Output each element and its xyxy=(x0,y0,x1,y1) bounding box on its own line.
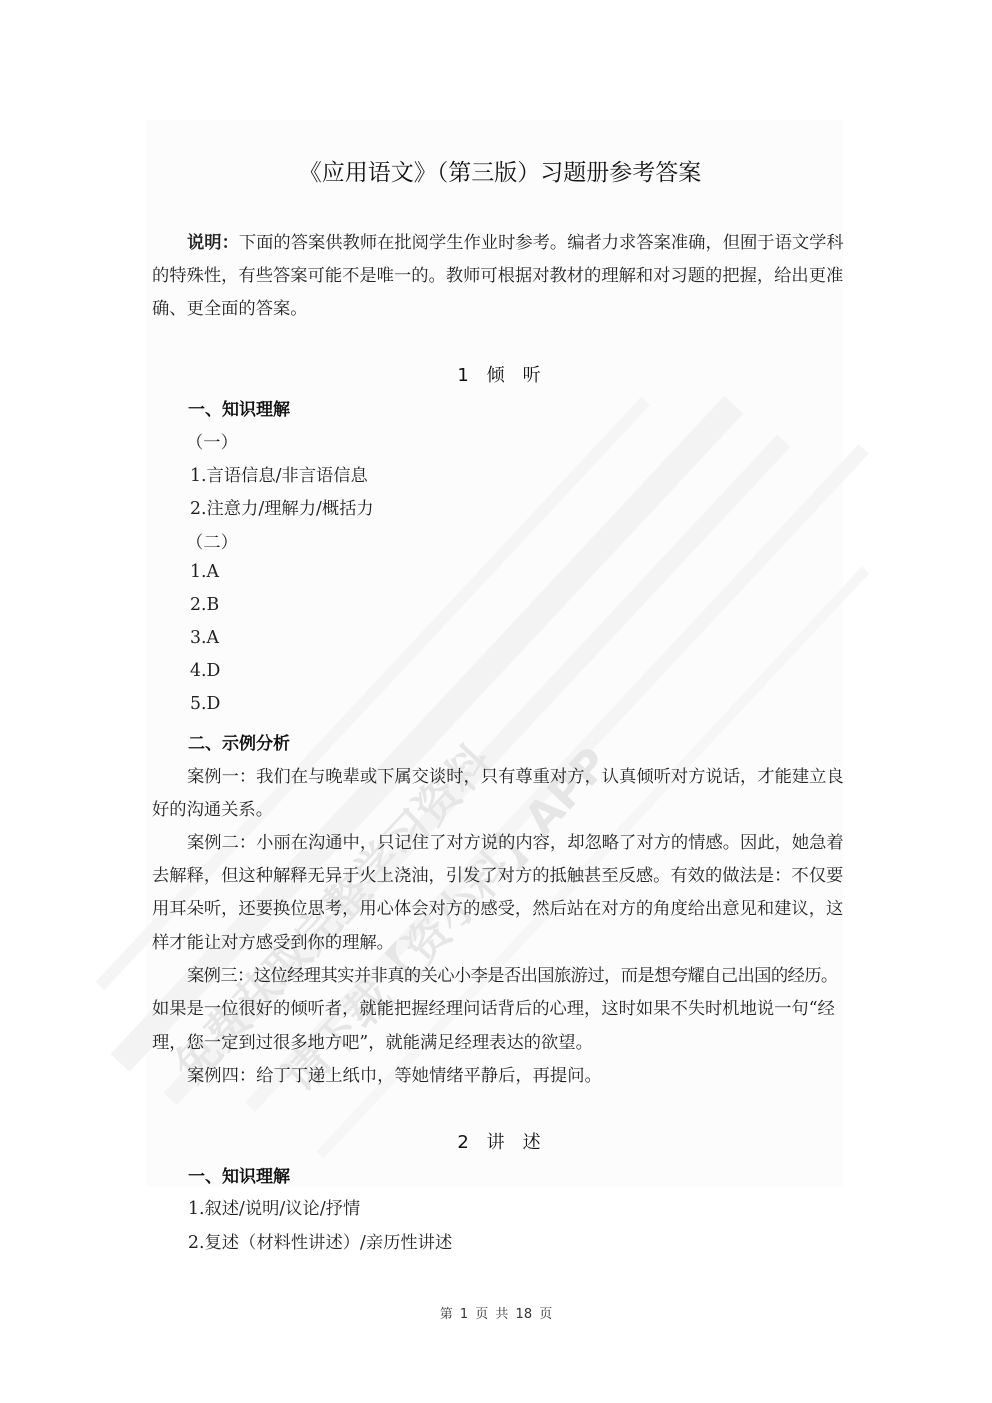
answer-item: 2.复述（材料性讲述）/亲历性讲述 xyxy=(188,1228,452,1253)
case-2-line-2: 去解释，但这种解释无异于火上浇油，引发了对方的抵触甚至反感。有效的做法是：不仅要 xyxy=(152,861,843,886)
intro-line-2: 的特殊性，有些答案可能不是唯一的。教师可根据对教材的理解和对习题的把握，给出更准 xyxy=(152,261,843,286)
case-3-line-1: 案例三：这位经理其实并非真的关心小李是否出国旅游过，而是想夸耀自己出国的经历。 xyxy=(187,961,838,986)
subsection-label: （二） xyxy=(186,528,238,553)
answer-item: 3.A xyxy=(190,628,219,648)
case-1-line-1: 案例一：我们在与晚辈或下属交谈时，只有尊重对方，认真倾听对方说话，才能建立良 xyxy=(187,762,844,787)
intro-label: 说明： xyxy=(187,233,239,253)
case-2-line-1: 案例二：小丽在沟通中，只记住了对方说的内容，却忽略了对方的情感。因此，她急着 xyxy=(187,828,844,853)
answer-item: 2.B xyxy=(190,595,219,615)
chapter-2-heading: 2 讲 述 xyxy=(0,1128,992,1154)
chapter-1-number: 1 xyxy=(457,365,468,386)
intro-line-3: 确、更全面的答案。 xyxy=(152,294,308,319)
case-3-line-3: 理，您一定到过很多地方吧”，就能满足经理表达的欲望。 xyxy=(152,1028,593,1053)
chapter-1-heading: 1 倾 听 xyxy=(0,361,992,387)
page-footer: 第 1 页 共 18 页 xyxy=(0,1303,992,1322)
section-heading: 一、知识理解 xyxy=(188,1162,290,1187)
intro-text: 下面的答案供教师在批阅学生作业时参考。编者力求答案准确，但囿于语文学科 xyxy=(239,233,844,253)
subsection-label: （一） xyxy=(186,428,238,453)
case-2-line-4: 样才能让对方感受到你的理解。 xyxy=(152,928,394,953)
case-2-line-3: 用耳朵听，还要换位思考，用心体会对方的感受，然后站在对方的角度给出意见和建议，这 xyxy=(152,894,843,919)
answer-item: 2.注意力/理解力/概括力 xyxy=(190,494,374,519)
case-3-line-2: 如果是一位很好的倾听者，就能把握经理问话背后的心理，这时如果不失时机地说一句“经 xyxy=(152,994,835,1019)
section-heading: 二、示例分析 xyxy=(188,729,290,754)
case-4-line-1: 案例四：给丁丁递上纸巾，等她情绪平静后，再提问。 xyxy=(187,1061,602,1086)
section-heading: 一、知识理解 xyxy=(188,395,290,420)
chapter-1-title: 倾 听 xyxy=(487,365,541,386)
answer-item: 1.A xyxy=(190,562,219,582)
document-title: 《应用语文》（第三版）习题册参考答案 xyxy=(0,154,992,187)
answer-item: 4.D xyxy=(190,661,220,681)
chapter-2-number: 2 xyxy=(457,1132,468,1153)
answer-item: 1.叙述/说明/议论/抒情 xyxy=(188,1194,360,1219)
intro-line-1: 说明：下面的答案供教师在批阅学生作业时参考。编者力求答案准确，但囿于语文学科 xyxy=(187,228,844,253)
answer-item: 5.D xyxy=(190,694,220,714)
case-1-line-2: 好的沟通关系。 xyxy=(152,795,273,820)
chapter-2-title: 讲 述 xyxy=(487,1132,541,1153)
answer-item: 1.言语信息/非言语信息 xyxy=(190,461,368,486)
